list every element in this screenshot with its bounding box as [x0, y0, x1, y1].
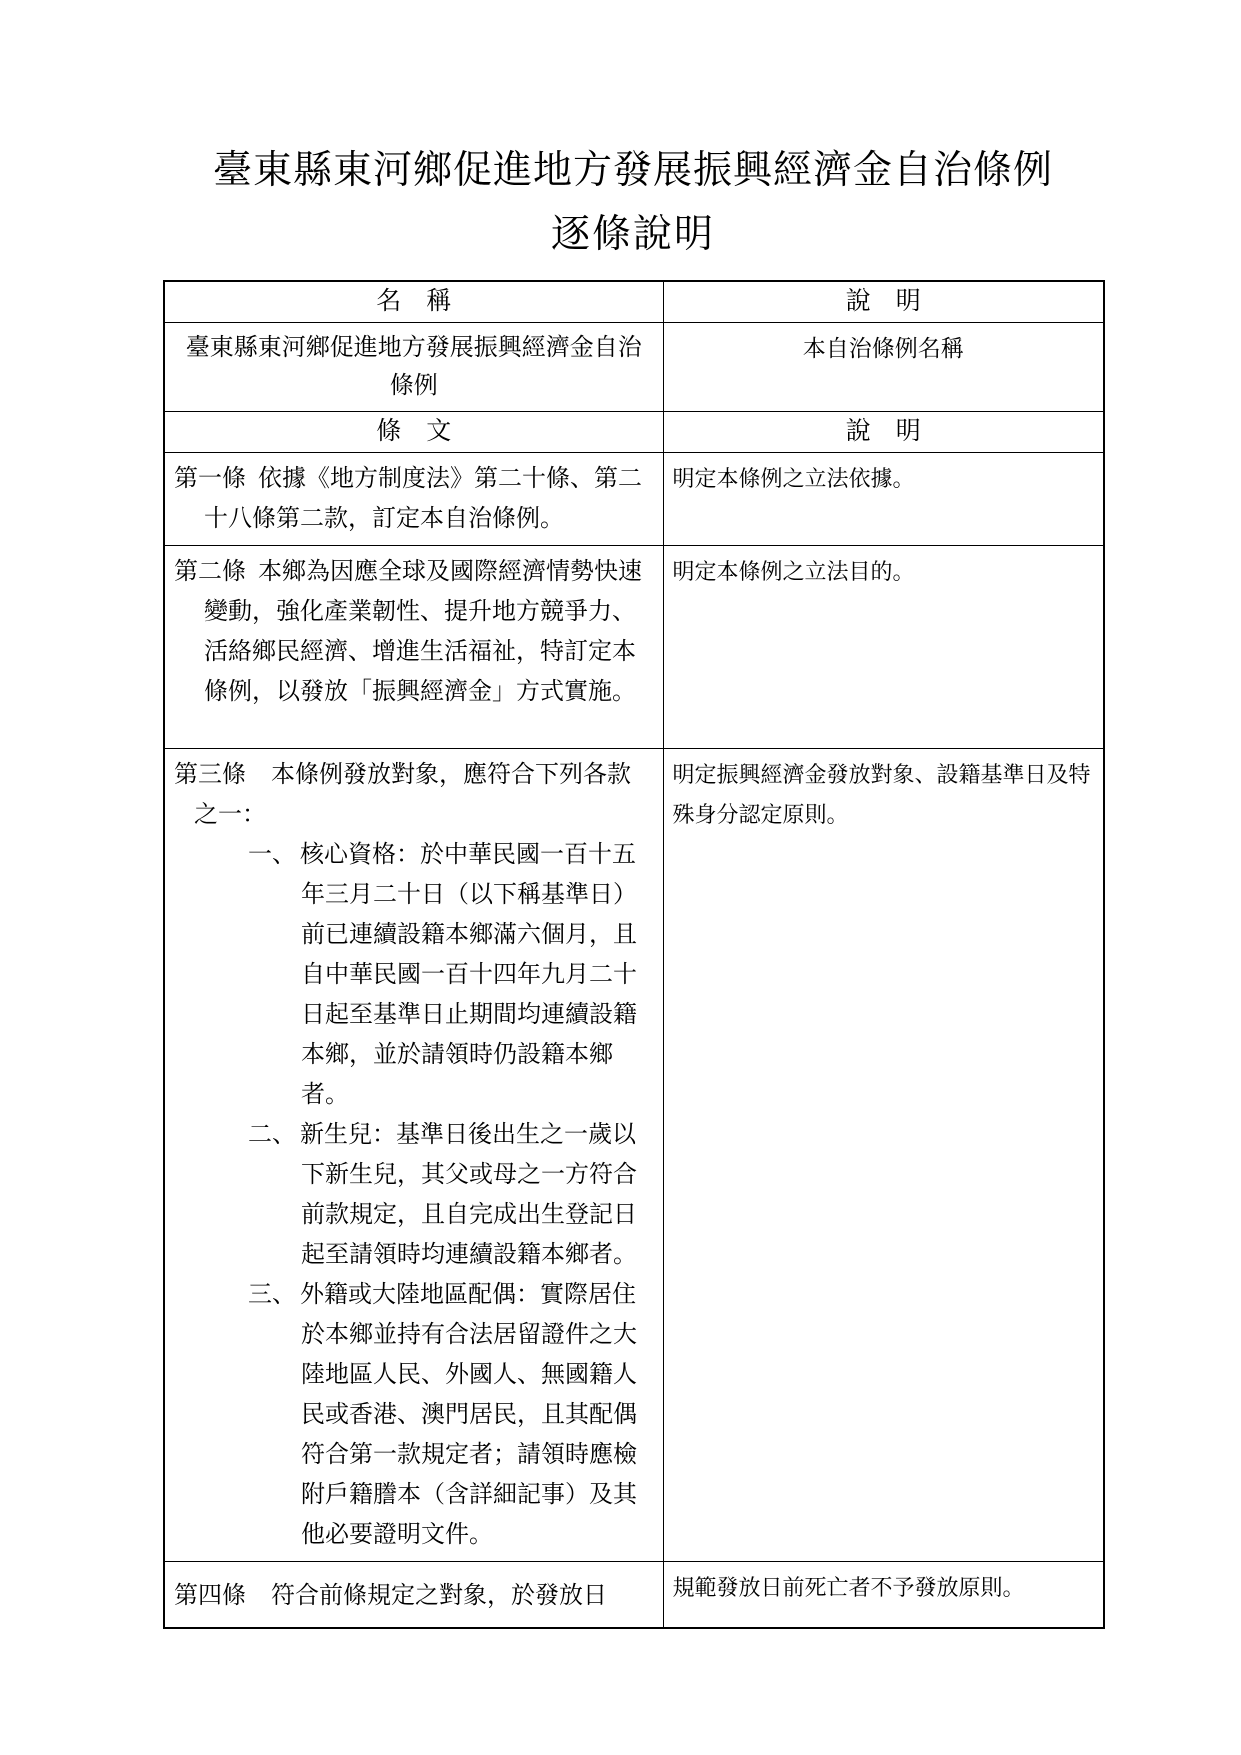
article-1-paragraph: 第一條依據《地方制度法》第二十條、第二十八條第二款，訂定本自治條例。: [174, 459, 654, 539]
article-row-3: 第三條本條例發放對象，應符合下列各款之一： 一、核心資格：於中華民國一百十五年三…: [164, 749, 1104, 1562]
article-header-cell: 條 文: [164, 412, 663, 453]
article-2-explanation-cell: 明定本條例之立法目的。: [663, 546, 1104, 749]
article-row-1: 第一條依據《地方制度法》第二十條、第二十八條第二款，訂定本自治條例。 明定本條例…: [164, 453, 1104, 546]
document-page: 臺東縣東河鄉促進地方發展振興經濟金自治條例 逐條說明 名 稱 說 明 臺東縣東河…: [0, 0, 1241, 1755]
article-1-number: 第一條: [174, 466, 246, 492]
article-2-text-cell: 第二條本鄉為因應全球及國際經濟情勢快速變動，強化產業韌性、提升地方競爭力、活絡鄉…: [164, 546, 663, 749]
article-explanation-header-cell: 說 明: [663, 412, 1104, 453]
name-explanation-header-cell: 說 明: [663, 281, 1104, 323]
article-2-paragraph: 第二條本鄉為因應全球及國際經濟情勢快速變動，強化產業韌性、提升地方競爭力、活絡鄉…: [174, 552, 654, 712]
article-1-text-cell: 第一條依據《地方制度法》第二十條、第二十八條第二款，訂定本自治條例。: [164, 453, 663, 546]
article-3-item-3-text: 外籍或大陸地區配偶：實際居住於本鄉並持有合法居留證件之大陸地區人民、外國人、無國…: [300, 1282, 637, 1548]
name-header-row: 名 稱 說 明: [164, 281, 1104, 323]
article-3-explanation-cell: 明定振興經濟金發放對象、設籍基準日及特殊身分認定原則。: [663, 749, 1104, 1562]
regulation-name-cell: 臺東縣東河鄉促進地方發展振興經濟金自治條例: [164, 323, 663, 412]
article-3-item-3-marker: 三、: [248, 1282, 296, 1308]
article-4-body: 符合前條規定之對象，於發放日: [271, 1583, 607, 1609]
article-3-item-2-marker: 二、: [248, 1122, 296, 1148]
article-row-2: 第二條本鄉為因應全球及國際經濟情勢快速變動，強化產業韌性、提升地方競爭力、活絡鄉…: [164, 546, 1104, 749]
article-row-4: 第四條符合前條規定之對象，於發放日 規範發放日前死亡者不予發放原則。: [164, 1562, 1104, 1629]
regulation-name-explanation-cell: 本自治條例名稱: [663, 323, 1104, 412]
article-3-body: 本條例發放對象，應符合下列各款之一：: [194, 762, 631, 828]
document-content: 臺東縣東河鄉促進地方發展振興經濟金自治條例 逐條說明 名 稱 說 明 臺東縣東河…: [163, 140, 1103, 1629]
article-4-text-cell: 第四條符合前條規定之對象，於發放日: [164, 1562, 663, 1629]
article-4-explanation-cell: 規範發放日前死亡者不予發放原則。: [663, 1562, 1104, 1629]
articles-table: 名 稱 說 明 臺東縣東河鄉促進地方發展振興經濟金自治條例 本自治條例名稱 條 …: [163, 280, 1105, 1629]
article-3-paragraph: 第三條本條例發放對象，應符合下列各款之一：: [174, 755, 654, 835]
article-3-text-cell: 第三條本條例發放對象，應符合下列各款之一： 一、核心資格：於中華民國一百十五年三…: [164, 749, 663, 1562]
name-header-cell: 名 稱: [164, 281, 663, 323]
article-3-number: 第三條: [174, 762, 246, 788]
article-3-item-1: 一、核心資格：於中華民國一百十五年三月二十日（以下稱基準日）前已連續設籍本鄉滿六…: [248, 835, 654, 1115]
article-4-number: 第四條: [174, 1583, 246, 1609]
article-3-item-1-text: 核心資格：於中華民國一百十五年三月二十日（以下稱基準日）前已連續設籍本鄉滿六個月…: [300, 842, 637, 1108]
regulation-name-row: 臺東縣東河鄉促進地方發展振興經濟金自治條例 本自治條例名稱: [164, 323, 1104, 412]
article-4-paragraph: 第四條符合前條規定之對象，於發放日: [174, 1576, 654, 1616]
article-3-item-2: 二、新生兒：基準日後出生之一歲以下新生兒，其父或母之一方符合前款規定，且自完成出…: [248, 1115, 654, 1275]
article-3-item-2-text: 新生兒：基準日後出生之一歲以下新生兒，其父或母之一方符合前款規定，且自完成出生登…: [300, 1122, 637, 1268]
article-header-row: 條 文 說 明: [164, 412, 1104, 453]
document-subtitle: 逐條說明: [163, 204, 1103, 266]
article-1-explanation-cell: 明定本條例之立法依據。: [663, 453, 1104, 546]
article-2-body: 本鄉為因應全球及國際經濟情勢快速變動，強化產業韌性、提升地方競爭力、活絡鄉民經濟…: [204, 559, 642, 705]
document-title: 臺東縣東河鄉促進地方發展振興經濟金自治條例: [163, 140, 1103, 202]
article-3-item-1-marker: 一、: [248, 842, 296, 868]
article-2-number: 第二條: [174, 559, 246, 585]
article-3-item-3: 三、外籍或大陸地區配偶：實際居住於本鄉並持有合法居留證件之大陸地區人民、外國人、…: [248, 1275, 654, 1555]
article-1-body: 依據《地方制度法》第二十條、第二十八條第二款，訂定本自治條例。: [204, 466, 642, 532]
